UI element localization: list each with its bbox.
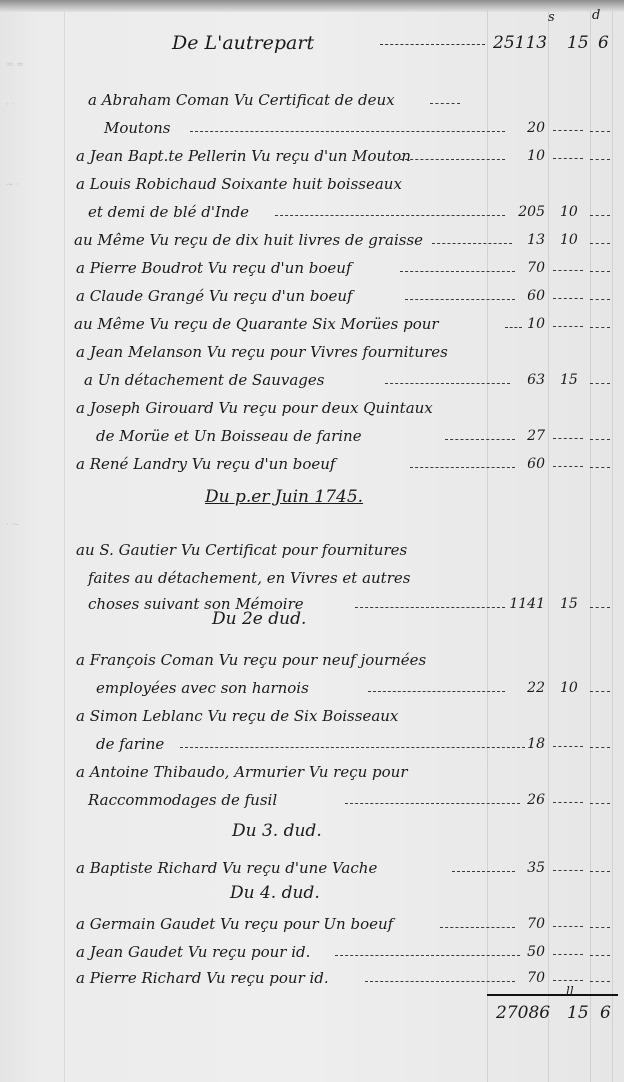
date-heading: Du 2e dud. xyxy=(0,606,624,632)
leader-dashes xyxy=(505,326,522,328)
leader-dashes xyxy=(440,926,515,928)
empty-sols-dashes xyxy=(553,954,583,955)
entry-text: a Pierre Richard Vu reçu pour id. xyxy=(76,966,329,990)
leader-dashes xyxy=(405,298,515,300)
carried-forward-row: De L'autrepart 25113 15 6 xyxy=(0,30,624,56)
empty-sols-dashes xyxy=(553,746,583,747)
leader-dashes xyxy=(335,954,520,956)
amount-livres: 18 xyxy=(527,732,545,756)
ledger-line: a Simon Leblanc Vu reçu de Six Boisseaux xyxy=(0,704,624,728)
entry-text: a Louis Robichaud Soixante huit boisseau… xyxy=(76,172,402,196)
bleed-through-mark: · ~ xyxy=(6,520,46,530)
entry-text: a Abraham Coman Vu Certificat de deux xyxy=(88,88,395,112)
leader-dashes xyxy=(410,466,515,468)
entry-text: au S. Gautier Vu Certificat pour fournit… xyxy=(76,538,407,562)
ledger-line: a Baptiste Richard Vu reçu d'une Vache35 xyxy=(0,856,624,880)
ledger-line: a Germain Gaudet Vu reçu pour Un boeuf70 xyxy=(0,912,624,936)
ledger-line: employées avec son harnois2210 xyxy=(0,676,624,700)
ledger-line: a Jean Melanson Vu reçu pour Vivres four… xyxy=(0,340,624,364)
empty-deniers-dashes xyxy=(590,214,610,216)
empty-deniers-dashes xyxy=(590,690,610,692)
empty-deniers-dashes xyxy=(590,980,610,982)
ledger-line: a Claude Grangé Vu reçu d'un boeuf60 xyxy=(0,284,624,308)
ledger-line: a Pierre Richard Vu reçu pour id.70 xyxy=(0,966,624,990)
ledger-line: a Joseph Girouard Vu reçu pour deux Quin… xyxy=(0,396,624,420)
empty-sols-dashes xyxy=(553,980,583,981)
entry-text: faites au détachement, en Vivres et autr… xyxy=(88,566,410,590)
empty-deniers-dashes xyxy=(590,466,610,468)
carried-forward-sols: 15 xyxy=(567,30,589,56)
amount-livres: 26 xyxy=(527,788,545,812)
date-heading: Du 3. dud. xyxy=(0,818,624,844)
empty-deniers-dashes xyxy=(590,158,610,160)
entry-text: a Germain Gaudet Vu reçu pour Un boeuf xyxy=(76,912,393,936)
ledger-line: a François Coman Vu reçu pour neuf journ… xyxy=(0,648,624,672)
entry-text: a René Landry Vu reçu d'un boeuf xyxy=(76,452,335,476)
amount-livres: 70 xyxy=(527,912,545,936)
sols-unit-header: s xyxy=(548,10,555,25)
ledger-line: Moutons20 xyxy=(0,116,624,140)
ledger-line: a Louis Robichaud Soixante huit boisseau… xyxy=(0,172,624,196)
leader-dashes xyxy=(365,980,515,982)
entry-text: a Un détachement de Sauvages xyxy=(84,368,324,392)
empty-deniers-dashes xyxy=(590,954,610,956)
amount-livres: 70 xyxy=(527,966,545,990)
ledger-line: a Abraham Coman Vu Certificat de deux xyxy=(0,88,624,112)
amount-livres: 27 xyxy=(527,424,545,448)
entry-text: a Jean Melanson Vu reçu pour Vivres four… xyxy=(76,340,448,364)
leader-dashes xyxy=(452,870,515,872)
ledger-line: faites au détachement, en Vivres et autr… xyxy=(0,566,624,590)
empty-sols-dashes xyxy=(553,298,583,299)
amount-livres: 60 xyxy=(527,452,545,476)
entry-text: a François Coman Vu reçu pour neuf journ… xyxy=(76,648,426,672)
amount-livres: 10 xyxy=(527,144,545,168)
amount-livres: 60 xyxy=(527,284,545,308)
amount-livres: 63 xyxy=(527,368,545,392)
date-heading-text: Du p.er Juin 1745. xyxy=(205,484,363,510)
amount-livres: 205 xyxy=(518,200,545,224)
amount-livres: 35 xyxy=(527,856,545,880)
empty-deniers-dashes xyxy=(590,298,610,300)
entry-text: au Même Vu reçu de Quarante Six Morües p… xyxy=(74,312,439,336)
entry-text: au Même Vu reçu de dix huit livres de gr… xyxy=(74,228,423,252)
carried-forward-deniers: 6 xyxy=(598,30,609,56)
leader-dashes xyxy=(380,44,485,45)
leader-dashes xyxy=(345,802,520,804)
empty-sols-dashes xyxy=(553,158,583,159)
entry-text: a Joseph Girouard Vu reçu pour deux Quin… xyxy=(76,396,433,420)
date-heading: Du 4. dud. xyxy=(0,880,624,906)
ledger-page: ≈ ≈ · · ~ · · ~ s d De L'autrepart 25113… xyxy=(0,0,624,1082)
leader-dashes xyxy=(368,690,505,692)
date-heading-text: Du 2e dud. xyxy=(212,606,306,632)
deniers-unit-header: d xyxy=(592,8,600,23)
empty-deniers-dashes xyxy=(590,270,610,272)
entry-text: a Claude Grangé Vu reçu d'un boeuf xyxy=(76,284,353,308)
entry-text: a Jean Bapt.te Pellerin Vu reçu d'un Mou… xyxy=(76,144,411,168)
amount-sols: 15 xyxy=(560,368,578,392)
entry-text: a Simon Leblanc Vu reçu de Six Boisseaux xyxy=(76,704,398,728)
amount-livres: 22 xyxy=(527,676,545,700)
carried-forward-label: De L'autrepart xyxy=(172,30,314,56)
carried-forward-livres: 25113 xyxy=(493,30,547,56)
empty-sols-dashes xyxy=(553,926,583,927)
bleed-through-mark: ≈ ≈ xyxy=(6,60,46,70)
ledger-line: a Un détachement de Sauvages6315 xyxy=(0,368,624,392)
empty-deniers-dashes xyxy=(590,326,610,328)
ledger-line: a Jean Bapt.te Pellerin Vu reçu d'un Mou… xyxy=(0,144,624,168)
ledger-line: au S. Gautier Vu Certificat pour fournit… xyxy=(0,538,624,562)
empty-sols-dashes xyxy=(553,870,583,871)
leader-dashes xyxy=(400,270,515,272)
amount-livres: 13 xyxy=(527,228,545,252)
date-heading: Du p.er Juin 1745. xyxy=(0,484,624,510)
empty-deniers-dashes xyxy=(590,802,610,804)
date-heading-text: Du 4. dud. xyxy=(230,880,320,906)
ledger-line: et demi de blé d'Inde20510 xyxy=(0,200,624,224)
empty-deniers-dashes xyxy=(590,382,610,384)
entry-text: de Morüe et Un Boisseau de farine xyxy=(96,424,362,448)
ledger-line: de farine18 xyxy=(0,732,624,756)
leader-dashes xyxy=(432,242,512,244)
total-mark: ll xyxy=(566,984,574,998)
total-sols: 15 xyxy=(567,1000,589,1026)
empty-sols-dashes xyxy=(553,466,583,467)
total-livres: 27086 xyxy=(496,1000,550,1026)
leader-dashes xyxy=(275,214,505,216)
amount-sols: 10 xyxy=(560,200,578,224)
entry-text: a Jean Gaudet Vu reçu pour id. xyxy=(76,940,310,964)
empty-sols-dashes xyxy=(553,270,583,271)
ledger-line: au Même Vu reçu de dix huit livres de gr… xyxy=(0,228,624,252)
leader-dashes xyxy=(445,438,515,440)
entry-text: Moutons xyxy=(104,116,170,140)
total-deniers: 6 xyxy=(600,1000,611,1026)
entry-text: Raccommodages de fusil xyxy=(88,788,277,812)
ledger-line: a Antoine Thibaudo, Armurier Vu reçu pou… xyxy=(0,760,624,784)
entry-text: employées avec son harnois xyxy=(96,676,309,700)
total-row: 27086 15 6 xyxy=(0,1000,624,1026)
amount-sols: 10 xyxy=(560,228,578,252)
leader-dashes xyxy=(430,102,460,104)
empty-sols-dashes xyxy=(553,802,583,803)
amount-livres: 50 xyxy=(527,940,545,964)
amount-livres: 70 xyxy=(527,256,545,280)
ledger-line: a Pierre Boudrot Vu reçu d'un boeuf70 xyxy=(0,256,624,280)
ledger-line: de Morüe et Un Boisseau de farine27 xyxy=(0,424,624,448)
amount-livres: 10 xyxy=(527,312,545,336)
date-heading-text: Du 3. dud. xyxy=(232,818,322,844)
leader-dashes xyxy=(180,746,525,748)
entry-text: de farine xyxy=(96,732,164,756)
entry-text: et demi de blé d'Inde xyxy=(88,200,249,224)
ledger-line: au Même Vu reçu de Quarante Six Morües p… xyxy=(0,312,624,336)
empty-deniers-dashes xyxy=(590,242,610,244)
empty-sols-dashes xyxy=(553,130,583,131)
empty-sols-dashes xyxy=(553,438,583,439)
amount-sols: 10 xyxy=(560,676,578,700)
ledger-line: Raccommodages de fusil26 xyxy=(0,788,624,812)
ledger-line: a Jean Gaudet Vu reçu pour id.50 xyxy=(0,940,624,964)
empty-deniers-dashes xyxy=(590,438,610,440)
entry-text: a Antoine Thibaudo, Armurier Vu reçu pou… xyxy=(76,760,408,784)
leader-dashes xyxy=(385,382,510,384)
total-rule xyxy=(487,994,618,996)
empty-deniers-dashes xyxy=(590,870,610,872)
empty-sols-dashes xyxy=(553,326,583,327)
scan-edge-shadow xyxy=(0,0,624,12)
leader-dashes xyxy=(400,158,505,160)
ledger-line: a René Landry Vu reçu d'un boeuf60 xyxy=(0,452,624,476)
empty-deniers-dashes xyxy=(590,746,610,748)
leader-dashes xyxy=(190,130,505,132)
entry-text: a Pierre Boudrot Vu reçu d'un boeuf xyxy=(76,256,352,280)
entry-text: a Baptiste Richard Vu reçu d'une Vache xyxy=(76,856,377,880)
empty-deniers-dashes xyxy=(590,130,610,132)
amount-livres: 20 xyxy=(527,116,545,140)
empty-deniers-dashes xyxy=(590,926,610,928)
